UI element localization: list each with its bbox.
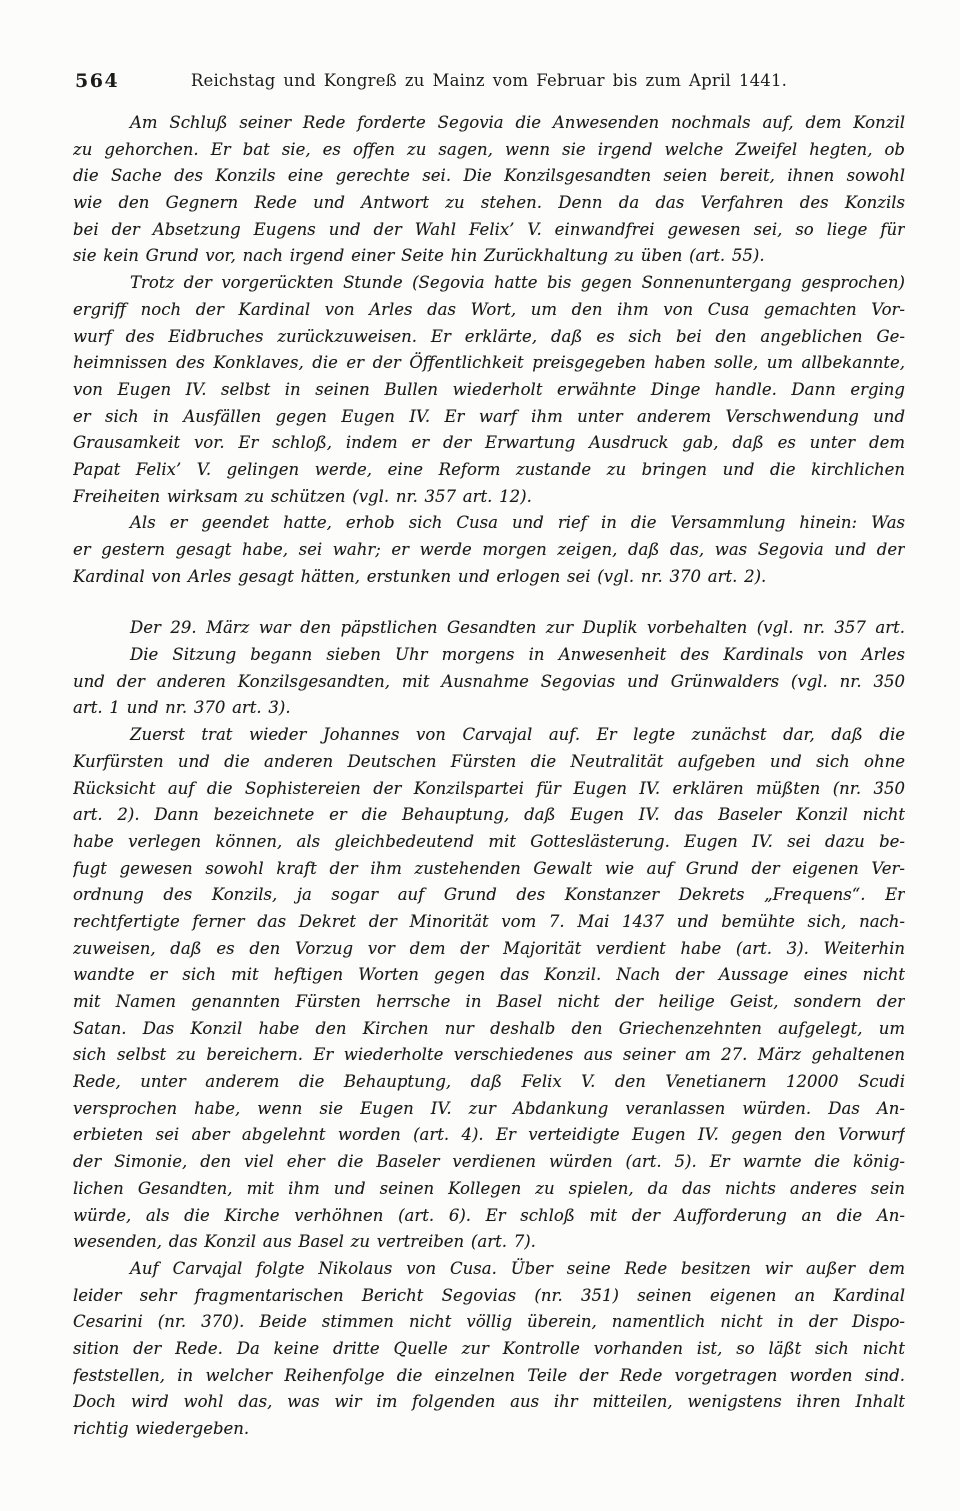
text-line: fugt gewesen sowohl kraft der ihm zusteh… (73, 856, 905, 883)
text-line-content: richtig wiedergeben. (73, 1419, 249, 1438)
text-line: feststellen, in welcher Reihenfolge die … (73, 1363, 905, 1390)
text-line-content: ergriff noch der Kardinal von Arles das … (73, 300, 905, 319)
text-line: Grausamkeit vor. Er schloß, indem er der… (73, 430, 905, 457)
text-line: würde, als die Kirche verhöhnen (art. 6)… (73, 1203, 905, 1230)
text-line: erbieten sei aber abgelehnt worden (art.… (73, 1122, 905, 1149)
text-line-content: versprochen habe, wenn sie Eugen IV. zur… (73, 1099, 905, 1118)
text-line: art. 1 und nr. 370 art. 3). (73, 695, 905, 722)
text-line: sich selbst zu bereichern. Er wiederholt… (73, 1042, 905, 1069)
text-line: Zuerst trat wieder Johannes von Carvajal… (73, 722, 905, 749)
text-line-content: sie kein Grund vor, nach irgend einer Se… (73, 246, 765, 265)
text-line: lichen Gesandten, mit ihm und seinen Kol… (73, 1176, 905, 1203)
text-line-content: rechtfertigte ferner das Dekret der Mino… (73, 912, 905, 931)
text-line: Rede, unter anderem die Behauptung, daß … (73, 1069, 905, 1096)
paragraph: Als er geendet hatte, erhob sich Cusa un… (73, 510, 905, 590)
text-line: rechtfertigte ferner das Dekret der Mino… (73, 909, 905, 936)
text-line-content: Freiheiten wirksam zu schützen (vgl. nr.… (73, 487, 532, 506)
text-line-content: sition der Rede. Da keine dritte Quelle … (73, 1339, 905, 1358)
text-line: Der 29. März war den päpstlichen Gesandt… (73, 615, 905, 642)
text-line-content: Die Sitzung begann sieben Uhr morgens in… (130, 645, 905, 664)
text-line-content: art. 1 und nr. 370 art. 3). (73, 698, 291, 717)
text-line: sie kein Grund vor, nach irgend einer Se… (73, 243, 905, 270)
text-line-content: wesenden, das Konzil aus Basel zu vertre… (73, 1232, 536, 1251)
paragraph: Die Sitzung begann sieben Uhr morgens in… (73, 642, 905, 722)
text-line: richtig wiedergeben. (73, 1416, 905, 1443)
text-line: Die Sitzung begann sieben Uhr morgens in… (73, 642, 905, 669)
text-line-content: mit Namen genannten Fürsten herrsche in … (73, 992, 905, 1011)
text-line-content: Auf Carvajal folgte Nikolaus von Cusa. Ü… (130, 1259, 905, 1278)
text-line-content: erbieten sei aber abgelehnt worden (art.… (73, 1125, 905, 1144)
text-line: er gestern gesagt habe, sei wahr; er wer… (73, 537, 905, 564)
text-line: der Simonie, den viel eher die Baseler v… (73, 1149, 905, 1176)
text-line: versprochen habe, wenn sie Eugen IV. zur… (73, 1096, 905, 1123)
paragraph: Der 29. März war den päpstlichen Gesandt… (73, 615, 905, 642)
text-line-content: Doch wird wohl das, was wir im folgenden… (73, 1392, 905, 1411)
text-line-content: habe verlegen können, als gleichbedeuten… (73, 832, 905, 851)
page-header: 564 Reichstag und Kongreß zu Mainz vom F… (73, 70, 905, 96)
text-line-content: von Eugen IV. selbst in seinen Bullen wi… (73, 380, 905, 399)
text-line-content: wurf des Eidbruches zurückzuweisen. Er e… (73, 327, 905, 346)
text-line: Auf Carvajal folgte Nikolaus von Cusa. Ü… (73, 1256, 905, 1283)
text-line-content: Kardinal von Arles gesagt hätten, erstun… (73, 567, 766, 586)
text-line: Am Schluß seiner Rede forderte Segovia d… (73, 110, 905, 137)
text-line-content: lichen Gesandten, mit ihm und seinen Kol… (73, 1179, 905, 1198)
text-line: Kurfürsten und die anderen Deutschen Für… (73, 749, 905, 776)
text-line-content: fugt gewesen sowohl kraft der ihm zusteh… (73, 859, 905, 878)
text-line-content: zu gehorchen. Er bat sie, es offen zu sa… (73, 140, 905, 159)
text-line: zu gehorchen. Er bat sie, es offen zu sa… (73, 137, 905, 164)
text-line-content: sich selbst zu bereichern. Er wiederholt… (73, 1045, 905, 1064)
text-line: zuweisen, daß es den Vorzug vor dem der … (73, 936, 905, 963)
text-line-content: Am Schluß seiner Rede forderte Segovia d… (130, 113, 905, 132)
text-line: wesenden, das Konzil aus Basel zu vertre… (73, 1229, 905, 1256)
text-line: Doch wird wohl das, was wir im folgenden… (73, 1389, 905, 1416)
text-line: art. 2). Dann bezeichnete er die Behaupt… (73, 802, 905, 829)
book-page: 564 Reichstag und Kongreß zu Mainz vom F… (0, 0, 960, 1511)
text-line: ergriff noch der Kardinal von Arles das … (73, 297, 905, 324)
text-line: und der anderen Konzilsgesandten, mit Au… (73, 669, 905, 696)
text-line: Rücksicht auf die Sophistereien der Konz… (73, 776, 905, 803)
paragraph: Trotz der vorgerückten Stunde (Segovia h… (73, 270, 905, 510)
running-title: Reichstag und Kongreß zu Mainz vom Febru… (73, 70, 905, 90)
text-line: Trotz der vorgerückten Stunde (Segovia h… (73, 270, 905, 297)
text-line-content: zuweisen, daß es den Vorzug vor dem der … (73, 939, 905, 958)
text-line: heimnissen des Konklaves, die er der Öff… (73, 350, 905, 377)
text-line-content: Satan. Das Konzil habe den Kirchen nur d… (73, 1019, 905, 1038)
text-line: die Sache des Konzils eine gerechte sei.… (73, 163, 905, 190)
text-line: sition der Rede. Da keine dritte Quelle … (73, 1336, 905, 1363)
text-line-content: Als er geendet hatte, erhob sich Cusa un… (130, 513, 905, 532)
text-line: Satan. Das Konzil habe den Kirchen nur d… (73, 1016, 905, 1043)
text-line: wandte er sich mit heftigen Worten gegen… (73, 962, 905, 989)
text-line: wie den Gegnern Rede und Antwort zu steh… (73, 190, 905, 217)
text-line-content: und der anderen Konzilsgesandten, mit Au… (73, 672, 905, 691)
text-line: Cesarini (nr. 370). Beide stimmen nicht … (73, 1309, 905, 1336)
text-line-content: die Sache des Konzils eine gerechte sei.… (73, 166, 905, 185)
text-line-content: er sich in Ausfällen gegen Eugen IV. Er … (73, 407, 905, 426)
text-line-content: art. 2). Dann bezeichnete er die Behaupt… (73, 805, 905, 824)
paragraph: Am Schluß seiner Rede forderte Segovia d… (73, 110, 905, 270)
text-line: von Eugen IV. selbst in seinen Bullen wi… (73, 377, 905, 404)
paragraph: Zuerst trat wieder Johannes von Carvajal… (73, 722, 905, 1256)
text-line: Kardinal von Arles gesagt hätten, erstun… (73, 564, 905, 591)
text-line: ordnung des Konzils, ja sogar auf Grund … (73, 882, 905, 909)
text-line-content: der Simonie, den viel eher die Baseler v… (73, 1152, 905, 1171)
text-line-content: ordnung des Konzils, ja sogar auf Grund … (73, 885, 905, 904)
text-line: Papat Felix’ V. gelingen werde, eine Ref… (73, 457, 905, 484)
text-line-content: wandte er sich mit heftigen Worten gegen… (73, 965, 905, 984)
text-line: mit Namen genannten Fürsten herrsche in … (73, 989, 905, 1016)
text-line: leider sehr fragmentarischen Bericht Seg… (73, 1283, 905, 1310)
text-line-content: Zuerst trat wieder Johannes von Carvajal… (130, 725, 905, 744)
text-line-content: heimnissen des Konklaves, die er der Öff… (73, 353, 905, 372)
paragraph: Auf Carvajal folgte Nikolaus von Cusa. Ü… (73, 1256, 905, 1443)
text-line-content: leider sehr fragmentarischen Bericht Seg… (73, 1286, 905, 1305)
text-line: Als er geendet hatte, erhob sich Cusa un… (73, 510, 905, 537)
text-line-content: Papat Felix’ V. gelingen werde, eine Ref… (73, 460, 905, 479)
text-line: wurf des Eidbruches zurückzuweisen. Er e… (73, 324, 905, 351)
text-line-content: würde, als die Kirche verhöhnen (art. 6)… (73, 1206, 905, 1225)
text-line-content: Rücksicht auf die Sophistereien der Konz… (73, 779, 905, 798)
text-body: Am Schluß seiner Rede forderte Segovia d… (73, 110, 905, 1443)
text-line-content: Trotz der vorgerückten Stunde (Segovia h… (130, 273, 905, 292)
text-line: habe verlegen können, als gleichbedeuten… (73, 829, 905, 856)
page-number: 564 (75, 70, 119, 92)
text-line-content: Rede, unter anderem die Behauptung, daß … (73, 1072, 905, 1091)
text-line: er sich in Ausfällen gegen Eugen IV. Er … (73, 404, 905, 431)
text-line-content: bei der Absetzung Eugens und der Wahl Fe… (73, 220, 905, 239)
text-line-content: Kurfürsten und die anderen Deutschen Für… (73, 752, 905, 771)
text-line-content: Cesarini (nr. 370). Beide stimmen nicht … (73, 1312, 905, 1331)
text-line-content: feststellen, in welcher Reihenfolge die … (73, 1366, 905, 1385)
text-line: bei der Absetzung Eugens und der Wahl Fe… (73, 217, 905, 244)
text-line-content: er gestern gesagt habe, sei wahr; er wer… (73, 540, 905, 559)
text-line-content: Grausamkeit vor. Er schloß, indem er der… (73, 433, 905, 452)
text-line-content: Der 29. März war den päpstlichen Gesandt… (73, 618, 905, 642)
text-line-content: wie den Gegnern Rede und Antwort zu steh… (73, 193, 905, 212)
text-line: Freiheiten wirksam zu schützen (vgl. nr.… (73, 484, 905, 511)
